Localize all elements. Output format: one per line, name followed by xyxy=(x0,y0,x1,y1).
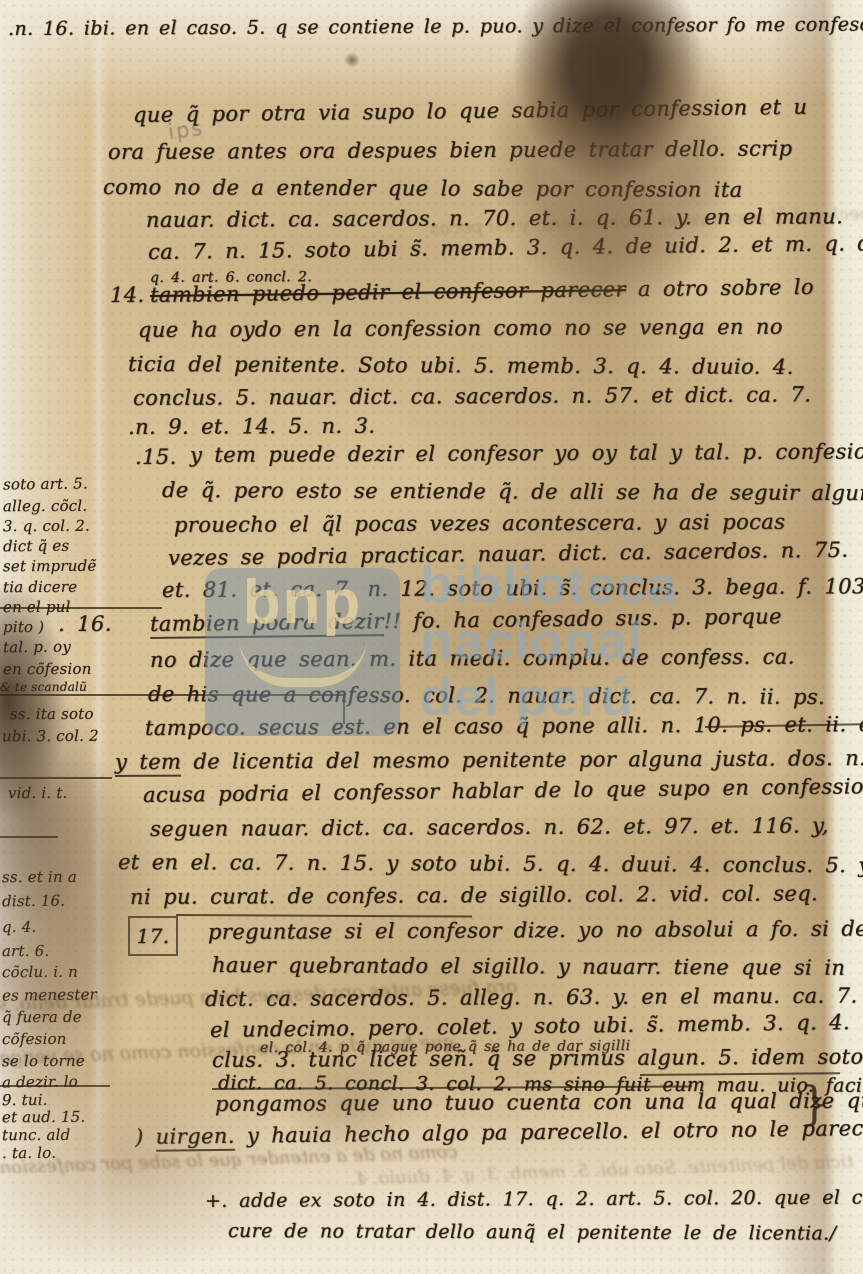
underlined-phrase: tambien podra dezir xyxy=(150,609,384,639)
margin-note: vid. i. t. xyxy=(8,784,68,802)
addendum-line: cure de no tratar dello aunq̃ el peniten… xyxy=(228,1220,837,1245)
body-line: el undecimo. pero. colet. y soto ubi. s̃… xyxy=(210,1010,863,1042)
body-line: vezes se podria practicar. nauar. dict. … xyxy=(168,538,849,570)
struck-phrase: tambien puedo pedir el confesor parecer xyxy=(150,277,626,307)
body-line: no dize que sean. m. ita medi. complu. d… xyxy=(150,645,795,672)
flourish: ) xyxy=(135,1125,156,1149)
margin-note: tal. p. oy xyxy=(3,638,71,657)
paragraph-number-box: 17. xyxy=(128,916,178,956)
margin-note: art. 6. xyxy=(2,942,49,960)
body-line: tambien podra dezir!! fo. ha confesado s… xyxy=(150,604,782,636)
margin-note: se lo torne xyxy=(2,1052,85,1070)
margin-note: alleg. cõcl. xyxy=(3,497,87,515)
margin-note: a dezir. lo xyxy=(2,1073,78,1092)
body-line: nauar. dict. ca. sacerdos. n. 70. et. i.… xyxy=(146,204,843,232)
body-line: hauer quebrantado el sigillo. y nauarr. … xyxy=(212,953,845,980)
margin-note: 9. tui. xyxy=(2,1091,48,1109)
margin-note: q. 4. xyxy=(2,918,37,936)
margin-rule xyxy=(0,777,112,779)
body-line: ca. 7. n. 15. soto ubi s̃. memb. 3. q. 4… xyxy=(148,230,863,264)
margin-note: q̃ fuera de xyxy=(2,1008,82,1026)
margin-note: en cõfesion xyxy=(3,660,92,678)
body-line: acusa podria el confessor hablar de lo q… xyxy=(143,774,863,807)
body-line: pongamos que uno tuuo cuenta con una la … xyxy=(215,1088,863,1116)
margin-note: & te scandalũ xyxy=(0,680,87,694)
header-line: .n. 16. ibi. en el caso. 5. q se contien… xyxy=(8,13,863,40)
margin-note: tunc. ald xyxy=(2,1126,71,1144)
margin-bracket-rule xyxy=(343,694,345,724)
insertion-rule xyxy=(176,914,472,918)
body-line: conclus. 5. nauar. dict. ca. sacerdos. n… xyxy=(133,382,811,410)
paragraph-number: .15. xyxy=(135,445,177,469)
body-line: et. 81. et. ca. 7. n. 12. soto ubi. s̃. … xyxy=(162,574,863,602)
margin-note: soto art. 5. xyxy=(3,474,88,493)
paragraph-number: 14. xyxy=(110,283,145,307)
margin-note: dict q̃ es xyxy=(3,537,70,556)
margin-note: set imprudẽ xyxy=(3,557,97,575)
underlined-phrase: uirgen. xyxy=(156,1124,235,1152)
body-line-text: a otro sobre lo xyxy=(626,275,814,301)
margin-note: tia dicere xyxy=(3,578,77,596)
margin-note: cõfesion xyxy=(2,1030,67,1048)
margin-rule xyxy=(0,607,162,609)
body-line: que ha oydo en la confession como no se … xyxy=(138,315,783,342)
margin-note: . ta. lo. xyxy=(2,1144,56,1162)
margin-note: es menester xyxy=(2,985,97,1004)
margin-note: pito ) xyxy=(3,618,44,636)
body-line: seguen nauar. dict. ca. sacerdos. n. 62.… xyxy=(150,813,829,841)
margin-bracket-rule xyxy=(0,694,345,696)
margin-rule xyxy=(0,1085,110,1087)
body-line: .n. 9. et. 14. 5. n. 3. xyxy=(128,414,375,439)
body-line: ticia del penitente. Soto ubi. 5. memb. … xyxy=(128,352,794,379)
margin-note: 3. q. col. 2. xyxy=(3,517,90,535)
body-line: prouecho el q̃l pocas vezes acontescera.… xyxy=(174,510,785,537)
margin-note: ss. ita soto xyxy=(10,705,94,723)
body-line: que q̃ por otra via supo lo que sabia po… xyxy=(133,95,808,127)
paragraph-number: 17. xyxy=(136,924,169,948)
body-line: ) uirgen. y hauia hecho algo pa parecell… xyxy=(135,1116,863,1149)
margin-note: ss. et in a xyxy=(2,868,77,886)
body-line: y tem de licentia del mesmo penitente po… xyxy=(115,746,863,774)
underlined-phrase: y tem xyxy=(115,750,181,777)
body-line: clus. 3. tunc licet señ. q̃ se primus al… xyxy=(212,1044,863,1072)
body-line: como no de a entender que lo sabe por co… xyxy=(103,175,743,202)
body-line-text: y hauia hecho algo pa parecello. el otro… xyxy=(235,1116,863,1148)
manuscript-page: ora fuese antes ora despues bien puede t… xyxy=(0,0,863,1274)
margin-note: ubi. 3. col. 2 xyxy=(2,727,99,746)
body-line-text: !! fo. ha confesado sus. p. porque xyxy=(384,604,782,633)
addendum-line: +. adde ex soto in 4. dist. 17. q. 2. ar… xyxy=(205,1186,863,1212)
margin-note: et aud. 15. xyxy=(2,1108,86,1126)
body-line: de q̃. pero esto se entiende q̃. de alli… xyxy=(162,478,863,505)
body-line: dict. ca. sacerdos. 5. alleg. n. 63. y. … xyxy=(205,983,863,1011)
margin-note: cõclu. i. n xyxy=(2,963,78,981)
body-line: preguntase si el confesor dize. yo no ab… xyxy=(208,916,863,944)
body-line: ora fuese antes ora despues bien puede t… xyxy=(108,136,793,164)
body-line: y tem puede dezir el confesor yo oy tal … xyxy=(190,439,863,467)
margin-rule xyxy=(0,836,58,838)
body-line: et en el. ca. 7. n. 15. y soto ubi. 5. q… xyxy=(118,850,863,878)
body-line-text: de licentia del mesmo penitente por algu… xyxy=(181,746,863,774)
margin-note: dist. 16. xyxy=(2,892,66,911)
body-line: ni pu. curat. de confes. ca. de sigillo.… xyxy=(130,881,818,909)
